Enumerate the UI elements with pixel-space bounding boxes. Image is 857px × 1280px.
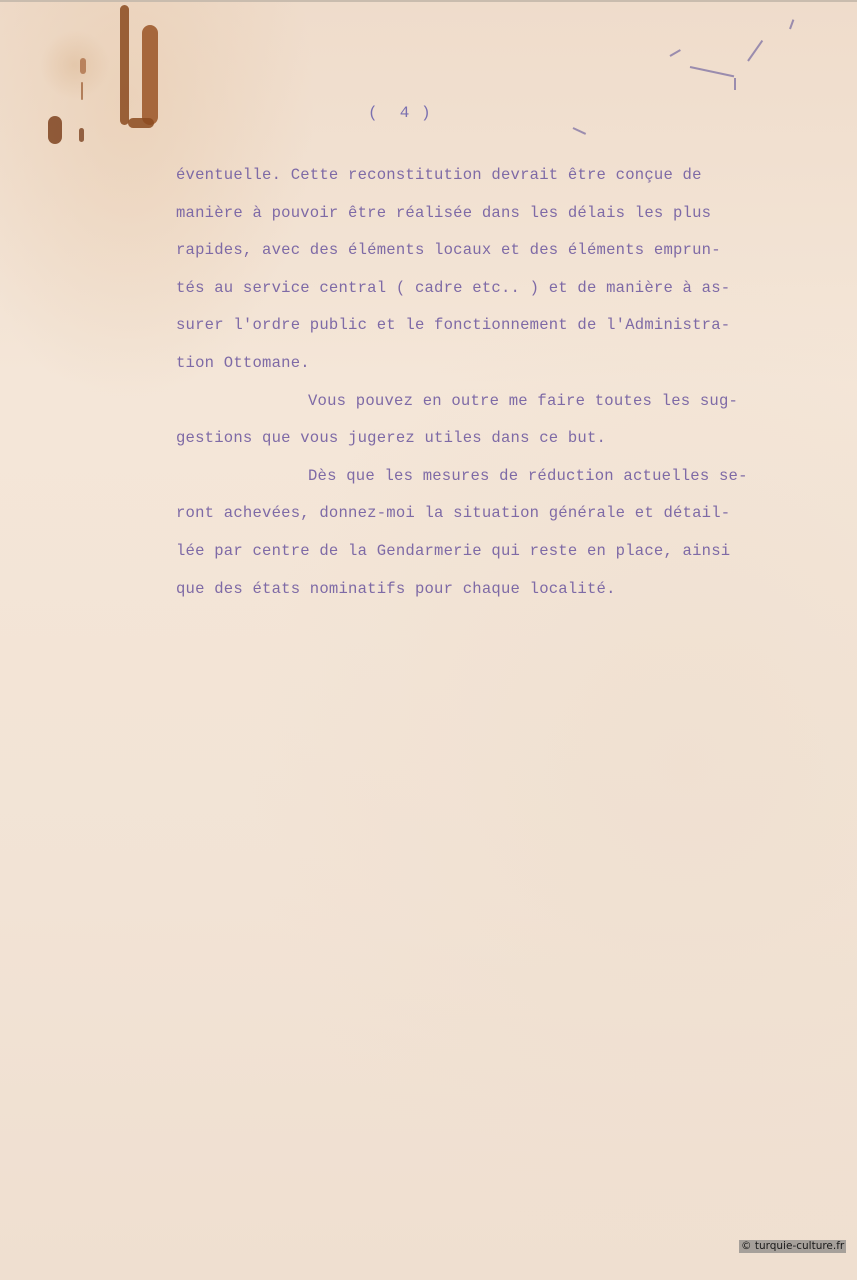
pencil-mark: [734, 78, 736, 90]
page-number: ( 4 ): [368, 104, 432, 122]
rust-stain: [80, 58, 86, 74]
text-line: manière à pouvoir être réalisée dans les…: [176, 195, 826, 233]
rust-stain: [142, 25, 158, 125]
text-line: éventuelle. Cette reconstitution devrait…: [176, 157, 826, 195]
paragraph-1: éventuelle. Cette reconstitution devrait…: [176, 157, 826, 383]
pencil-mark: [690, 66, 734, 77]
rust-stain: [79, 128, 84, 142]
rust-stain: [48, 116, 62, 144]
pencil-mark: [573, 127, 587, 135]
paper-crease: [40, 30, 110, 100]
text-line: tion Ottomane.: [176, 345, 826, 383]
pencil-mark: [670, 49, 681, 57]
pencil-mark: [747, 40, 763, 62]
rust-stain: [128, 118, 154, 128]
rust-stain: [81, 82, 83, 100]
copyright-watermark: © turquie-culture.fr: [739, 1240, 846, 1253]
pencil-mark: [789, 19, 794, 29]
text-line: surer l'ordre public et le fonctionnemen…: [176, 307, 826, 345]
text-line: tés au service central ( cadre etc.. ) e…: [176, 270, 826, 308]
scan-top-edge: [0, 0, 857, 2]
text-line: gestions que vous jugerez utiles dans ce…: [176, 420, 826, 458]
text-line: ront achevées, donnez-moi la situation g…: [176, 495, 826, 533]
text-line: Vous pouvez en outre me faire toutes les…: [176, 383, 826, 421]
paragraph-2: Vous pouvez en outre me faire toutes les…: [176, 383, 826, 458]
text-line: rapides, avec des éléments locaux et des…: [176, 232, 826, 270]
typewritten-body: éventuelle. Cette reconstitution devrait…: [176, 157, 826, 608]
text-line: que des états nominatifs pour chaque loc…: [176, 571, 826, 609]
rust-stain: [120, 5, 129, 125]
paragraph-3: Dès que les mesures de réduction actuell…: [176, 458, 826, 608]
text-line: Dès que les mesures de réduction actuell…: [176, 458, 826, 496]
text-line: lée par centre de la Gendarmerie qui res…: [176, 533, 826, 571]
